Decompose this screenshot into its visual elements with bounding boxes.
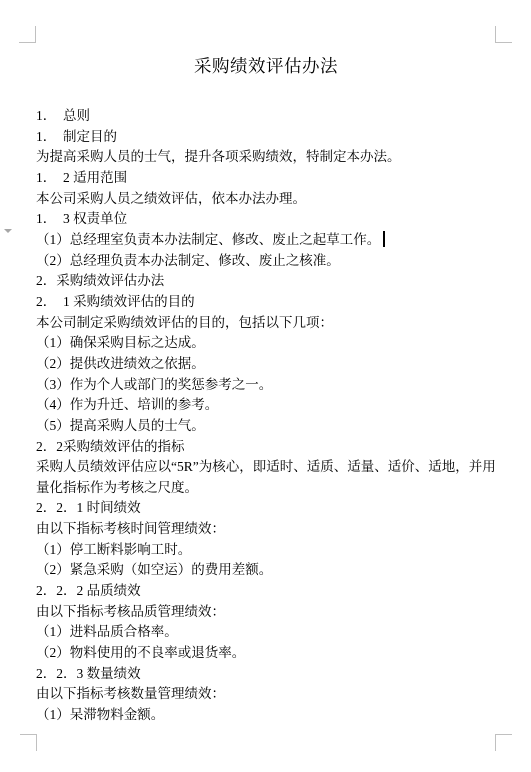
- doc-line-text: 由以下指标考核时间管理绩效：: [36, 521, 225, 536]
- text-cursor: [383, 231, 385, 247]
- doc-line-text: 1． 2 适用范围: [36, 170, 127, 185]
- doc-line-text: （1）总经理室负责本办法制定、修改、废止之起草工作。: [36, 232, 380, 247]
- doc-line-text: （2）提供改进绩效之依据。: [36, 356, 205, 371]
- doc-line-text: （2）总经理负责本办法制定、修改、废止之核准。: [36, 253, 340, 268]
- doc-line-text: 2．2．2 品质绩效: [36, 583, 141, 598]
- doc-line: （1）呆滞物料金额。: [36, 705, 510, 726]
- doc-line-text: 由以下指标考核数量管理绩效：: [36, 686, 225, 701]
- doc-line: 2． 1 采购绩效评估的目的: [36, 292, 510, 313]
- doc-line-text: 1． 制定目的: [36, 129, 117, 144]
- doc-line: （1）进料品质合格率。: [36, 622, 510, 643]
- doc-line-text: 2．2．1 时间绩效: [36, 500, 141, 515]
- doc-line: 2．2．3 数量绩效: [36, 664, 510, 685]
- doc-line-text: 为提高采购人员的士气，提升各项采购绩效，特制定本办法。: [36, 149, 401, 164]
- doc-line-text: （1）进料品质合格率。: [36, 624, 178, 639]
- doc-line: 为提高采购人员的士气，提升各项采购绩效，特制定本办法。: [36, 147, 510, 168]
- doc-line-text: 2． 1 采购绩效评估的目的: [36, 294, 195, 309]
- doc-line-text: （5）提高采购人员的士气。: [36, 418, 205, 433]
- crop-mark-bottom-left-icon: [20, 734, 37, 751]
- document-title: 采购绩效评估办法: [36, 53, 496, 79]
- doc-line: 2．采购绩效评估办法: [36, 271, 510, 292]
- doc-line: （2）提供改进绩效之依据。: [36, 354, 510, 375]
- doc-line: 由以下指标考核数量管理绩效：: [36, 684, 510, 705]
- document-page: 采购绩效评估办法 1． 总则1． 制定目的为提高采购人员的士气，提升各项采购绩效…: [0, 0, 531, 772]
- crop-mark-top-left-icon: [19, 26, 36, 43]
- doc-line-text: 由以下指标考核品质管理绩效：: [36, 604, 225, 619]
- doc-line-text: （1）呆滞物料金额。: [36, 707, 164, 722]
- doc-line-text: 2．2采购绩效评估的指标: [36, 439, 185, 454]
- doc-line-text: 采购人员绩效评估应以“5R”为核心，即适时、适质、适量、适价、适地，并用: [36, 459, 496, 474]
- doc-line: 采购人员绩效评估应以“5R”为核心，即适时、适质、适量、适价、适地，并用: [36, 457, 510, 478]
- doc-line: （5）提高采购人员的士气。: [36, 416, 510, 437]
- doc-line-text: （1）确保采购目标之达成。: [36, 335, 205, 350]
- doc-line: 2．2．1 时间绩效: [36, 498, 510, 519]
- crop-mark-bottom-right-icon: [495, 734, 512, 751]
- doc-line: （2）物料使用的不良率或退货率。: [36, 643, 510, 664]
- doc-line-text: （2）紧急采购（如空运）的费用差额。: [36, 562, 272, 577]
- doc-line: （1）总经理室负责本办法制定、修改、废止之起草工作。: [36, 230, 510, 251]
- doc-line: 1． 总则: [36, 106, 510, 127]
- doc-line-text: （2）物料使用的不良率或退货率。: [36, 645, 245, 660]
- doc-line: 本公司制定采购绩效评估的目的，包括以下几项：: [36, 313, 510, 334]
- document-body[interactable]: 1． 总则1． 制定目的为提高采购人员的士气，提升各项采购绩效，特制定本办法。1…: [36, 106, 510, 726]
- crop-mark-top-right-icon: [495, 26, 512, 43]
- doc-line: 由以下指标考核时间管理绩效：: [36, 519, 510, 540]
- doc-line-text: 量化指标作为考核之尺度。: [36, 480, 198, 495]
- doc-line: 1． 2 适用范围: [36, 168, 510, 189]
- doc-line-text: （3）作为个人或部门的奖惩参考之一。: [36, 377, 272, 392]
- collapse-triangle-icon[interactable]: [4, 229, 12, 233]
- doc-line-text: 1． 总则: [36, 108, 90, 123]
- doc-line-text: （4）作为升迁、培训的参考。: [36, 397, 218, 412]
- doc-line-text: 本公司制定采购绩效评估的目的，包括以下几项：: [36, 315, 333, 330]
- doc-line: 2．2采购绩效评估的指标: [36, 437, 510, 458]
- doc-line: 2．2．2 品质绩效: [36, 581, 510, 602]
- doc-line: （1）确保采购目标之达成。: [36, 333, 510, 354]
- doc-line: 量化指标作为考核之尺度。: [36, 478, 510, 499]
- doc-line-text: 2．采购绩效评估办法: [36, 273, 164, 288]
- doc-line-text: 1． 3 权责单位: [36, 211, 127, 226]
- doc-line-text: 本公司采购人员之绩效评估，依本办法办理。: [36, 191, 306, 206]
- doc-line: （1）停工断料影响工时。: [36, 540, 510, 561]
- doc-line: （4）作为升迁、培训的参考。: [36, 395, 510, 416]
- doc-line: 1． 3 权责单位: [36, 209, 510, 230]
- doc-line: 本公司采购人员之绩效评估，依本办法办理。: [36, 189, 510, 210]
- doc-line: （2）紧急采购（如空运）的费用差额。: [36, 560, 510, 581]
- doc-line: （3）作为个人或部门的奖惩参考之一。: [36, 375, 510, 396]
- doc-line: 由以下指标考核品质管理绩效：: [36, 602, 510, 623]
- doc-line: （2）总经理负责本办法制定、修改、废止之核准。: [36, 251, 510, 272]
- doc-line-text: 2．2．3 数量绩效: [36, 666, 141, 681]
- doc-line-text: （1）停工断料影响工时。: [36, 542, 191, 557]
- doc-line: 1． 制定目的: [36, 127, 510, 148]
